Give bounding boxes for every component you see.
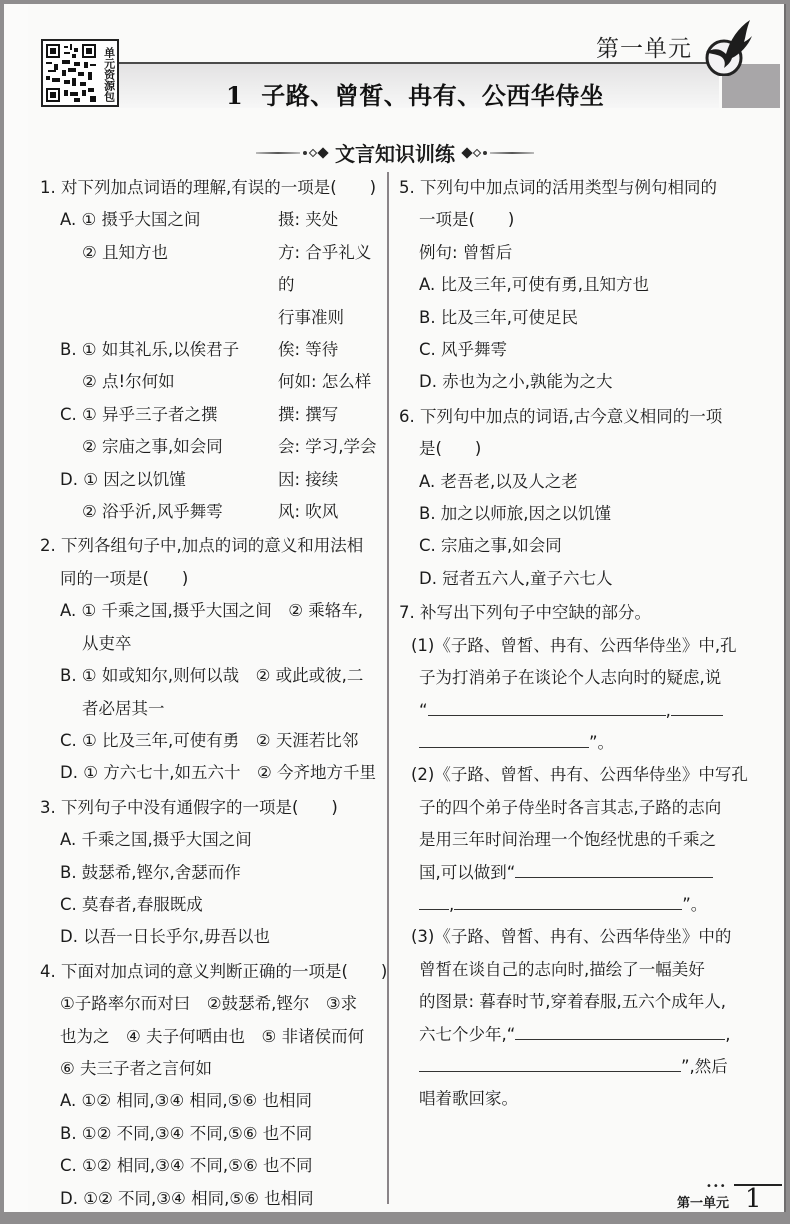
q1-row: B. ① 如其礼乐,以俟君子俟: 等待 — [40, 334, 380, 366]
q3-option-a: A. 千乘之国,摄乎大国之间 — [40, 824, 380, 856]
q1-row: D. ① 因之以饥馑因: 接续 — [40, 464, 380, 496]
q4-item-line: ①子路率尔而对曰 ②鼓瑟希,铿尔 ③求 — [40, 988, 380, 1020]
q1-row: 行事准则 — [40, 302, 380, 334]
q6-option-d: D. 冠者五六人,童子六七人 — [399, 563, 739, 595]
q4-option-b: B. ①② 不同,③④ 不同,⑤⑥ 也不同 — [40, 1118, 380, 1150]
section-title: 文言知识训练 — [335, 138, 455, 167]
q7-part-1: (1)《子路、曾皙、冉有、公西华侍坐》中,孔 — [399, 630, 739, 662]
q1-row: ② 且知方也方: 合乎礼义的 — [40, 237, 380, 302]
q5-option-b: B. 比及三年,可使足民 — [399, 302, 739, 334]
q6-option-c: C. 宗庙之事,如会同 — [399, 530, 739, 562]
left-column: 1. 对下列加点词语的理解,有误的一项是( ) A. ① 摄乎大国之间摄: 夹处… — [40, 172, 380, 1215]
lesson-number: 1 — [226, 81, 243, 110]
q7-part-2: (2)《子路、曾皙、冉有、公西华侍坐》中写孔 — [399, 759, 739, 791]
q7-part-3-blank-line-2: ”,然后 — [399, 1051, 739, 1083]
q4-item-line: 也为之 ④ 夫子何哂由也 ⑤ 非诸侯而何 — [40, 1021, 380, 1053]
q7-part-3-blank-line: 六七个少年,“, — [399, 1019, 739, 1051]
q7-part-3-cont: 曾皙在谈自己的志向时,描绘了一幅美好 — [399, 954, 739, 986]
q4-option-a: A. ①② 相同,③④ 相同,⑤⑥ 也相同 — [40, 1085, 380, 1117]
q7-part-1-blank-line-2: ”。 — [399, 727, 739, 759]
q1-row: A. ① 摄乎大国之间摄: 夹处 — [40, 204, 380, 236]
answer-blank[interactable] — [454, 892, 682, 910]
question-5-stem-cont: 一项是( ) — [399, 204, 739, 236]
q7-part-2-cont: 是用三年时间治理一个饱经忧患的千乘之 — [399, 824, 739, 856]
question-3-stem: 3. 下列句子中没有通假字的一项是( ) — [40, 792, 380, 824]
lesson-title: 1子路、曾皙、冉有、公西华侍坐 — [226, 76, 604, 111]
answer-blank[interactable] — [428, 698, 666, 716]
q7-part-2-cont: 子的四个弟子侍坐时各言其志,子路的志向 — [399, 792, 739, 824]
question-6-stem: 6. 下列句中加点的词语,古今意义相同的一项 — [399, 401, 739, 433]
question-1-stem: 1. 对下列加点词语的理解,有误的一项是( ) — [40, 172, 380, 204]
q5-option-d: D. 赤也为之小,孰能为之大 — [399, 366, 739, 398]
q1-row: ② 浴乎沂,风乎舞雩风: 吹风 — [40, 496, 380, 528]
question-2-stem: 2. 下列各组句子中,加点的词的意义和用法相 — [40, 530, 380, 562]
q5-example: 例句: 曾皙后 — [399, 237, 739, 269]
q5-option-c: C. 风乎舞雩 — [399, 334, 739, 366]
q1-row: ② 宗庙之事,如会同会: 学习,学会 — [40, 431, 380, 463]
answer-blank[interactable] — [419, 1054, 681, 1072]
q2-option-d: D. ① 方六七十,如五六十 ② 今齐地方千里 — [40, 757, 380, 789]
q2-option-b: B. ① 如或知尔,则何以哉 ② 或此或彼,二 — [40, 660, 380, 692]
qr-code-icon — [43, 41, 99, 105]
column-divider — [387, 172, 389, 1204]
question-5-stem: 5. 下列句中加点词的活用类型与例句相同的 — [399, 172, 739, 204]
question-2-stem-cont: 同的一项是( ) — [40, 563, 380, 595]
q6-option-b: B. 加之以师旅,因之以饥馑 — [399, 498, 739, 530]
q4-option-d: D. ①② 不同,③④ 相同,⑤⑥ 也相同 — [40, 1183, 380, 1215]
q1-row: C. ① 异乎三子者之撰撰: 撰写 — [40, 399, 380, 431]
unit-title: 第一单元 — [596, 30, 692, 63]
page-number: 1 — [745, 1184, 762, 1214]
question-4-stem: 4. 下面对加点词的意义判断正确的一项是( ) — [40, 956, 380, 988]
q7-part-3-cont: 的图景: 暮春时节,穿着春服,五六个成年人, — [399, 986, 739, 1018]
q1-row: ② 点!尔何如何如: 怎么样 — [40, 366, 380, 398]
q7-part-3-end: 唱着歌回家。 — [399, 1083, 739, 1115]
q7-part-2-blank-line: 国,可以做到“ — [399, 857, 739, 889]
q2-option-c: C. ① 比及三年,可使有勇 ② 天涯若比邻 — [40, 725, 380, 757]
q3-option-c: C. 莫春者,春服既成 — [40, 889, 380, 921]
q3-option-d: D. 以吾一日长乎尔,毋吾以也 — [40, 921, 380, 953]
ornament-right-icon — [463, 149, 534, 157]
section-heading: 文言知识训练 — [0, 138, 790, 167]
q7-part-2-blank-line-2: ,”。 — [399, 889, 739, 921]
question-6-stem-cont: 是( ) — [399, 433, 739, 465]
footer-dots-icon: ••• — [706, 1181, 727, 1192]
q2-option-a-cont: 从吏卒 — [40, 628, 380, 660]
q7-part-1-blank-line: “, — [399, 695, 739, 727]
q6-option-a: A. 老吾老,以及人之老 — [399, 466, 739, 498]
question-7-stem: 7. 补写出下列句子中空缺的部分。 — [399, 597, 739, 629]
footer-unit-label: 第一单元 — [677, 1192, 729, 1211]
qr-label: 单元资源包 — [99, 41, 117, 105]
qr-code-box[interactable]: 单元资源包 — [41, 39, 119, 107]
q3-option-b: B. 鼓瑟希,铿尔,舍瑟而作 — [40, 857, 380, 889]
answer-blank[interactable] — [515, 1022, 725, 1040]
answer-blank[interactable] — [419, 892, 449, 910]
q4-option-c: C. ①② 相同,③④ 不同,⑤⑥ 也不同 — [40, 1150, 380, 1182]
q2-option-b-cont: 者必居其一 — [40, 693, 380, 725]
q7-part-3: (3)《子路、曾皙、冉有、公西华侍坐》中的 — [399, 921, 739, 953]
ornament-left-icon — [256, 149, 327, 157]
answer-blank[interactable] — [671, 698, 723, 716]
right-column: 5. 下列句中加点词的活用类型与例句相同的 一项是( ) 例句: 曾皙后 A. … — [399, 172, 739, 1116]
answer-blank[interactable] — [419, 730, 589, 748]
q5-option-a: A. 比及三年,可使有勇,且知方也 — [399, 269, 739, 301]
answer-blank[interactable] — [515, 860, 713, 878]
lesson-title-text: 子路、曾皙、冉有、公西华侍坐 — [261, 81, 604, 110]
eagle-emblem-icon — [700, 18, 756, 76]
q7-part-1-cont: 子为打消弟子在谈论个人志向时的疑虑,说 — [399, 662, 739, 694]
q4-item-line: ⑥ 夫三子者之言何如 — [40, 1053, 380, 1085]
q2-option-a: A. ① 千乘之国,摄乎大国之间 ② 乘辂车, — [40, 595, 380, 627]
